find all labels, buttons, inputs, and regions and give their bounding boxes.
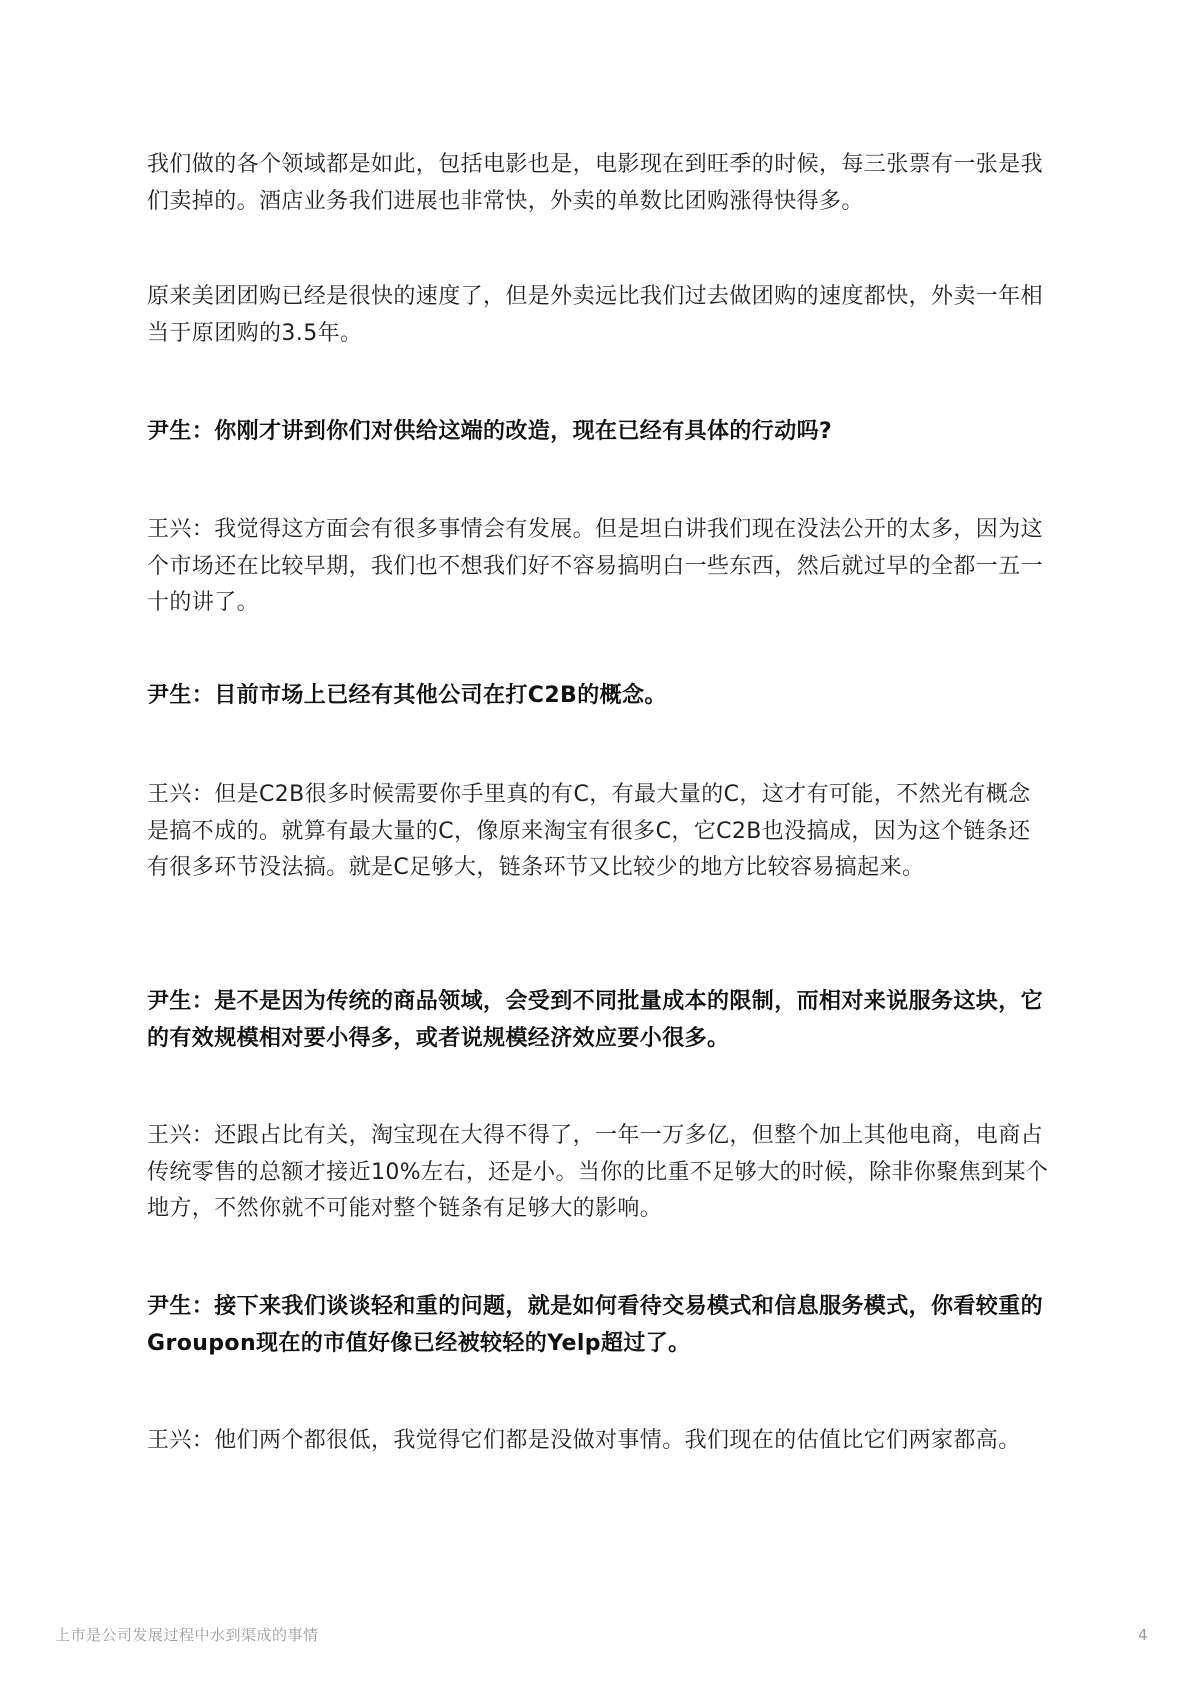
paragraph-question: 尹生：你刚才讲到你们对供给这端的改造，现在已经有具体的行动吗? bbox=[147, 414, 1052, 451]
paragraph-answer: 王兴：他们两个都很低，我觉得它们都是没做对事情。我们现在的估值比它们两家都高。 bbox=[147, 1423, 1052, 1460]
paragraph-answer: 王兴：但是C2B很多时候需要你手里真的有C，有最大量的C，这才有可能，不然光有概… bbox=[147, 777, 1052, 887]
paragraph-question: 尹生：是不是因为传统的商品领域，会受到不同批量成本的限制，而相对来说服务这块，它… bbox=[147, 984, 1052, 1057]
document-page: 我们做的各个领域都是如此，包括电影也是，电影现在到旺季的时候，每三张票有一张是我… bbox=[0, 0, 1200, 1698]
paragraph-answer: 王兴：我觉得这方面会有很多事情会有发展。但是坦白讲我们现在没法公开的太多，因为这… bbox=[147, 512, 1052, 622]
paragraph-question: 尹生：接下来我们谈谈轻和重的问题，就是如何看待交易模式和信息服务模式，你看较重的… bbox=[147, 1289, 1052, 1362]
paragraph-answer: 我们做的各个领域都是如此，包括电影也是，电影现在到旺季的时候，每三张票有一张是我… bbox=[147, 147, 1052, 220]
paragraph-answer: 原来美团团购已经是很快的速度了，但是外卖远比我们过去做团购的速度都快，外卖一年相… bbox=[147, 279, 1052, 352]
paragraph-question: 尹生：目前市场上已经有其他公司在打C2B的概念。 bbox=[147, 678, 1052, 715]
footer-document-title: 上市是公司发展过程中水到渠成的事情 bbox=[55, 1624, 319, 1646]
footer-page-number: 4 bbox=[1138, 1624, 1148, 1646]
paragraph-answer: 王兴：还跟占比有关，淘宝现在大得不得了，一年一万多亿，但整个加上其他电商，电商占… bbox=[147, 1118, 1052, 1228]
